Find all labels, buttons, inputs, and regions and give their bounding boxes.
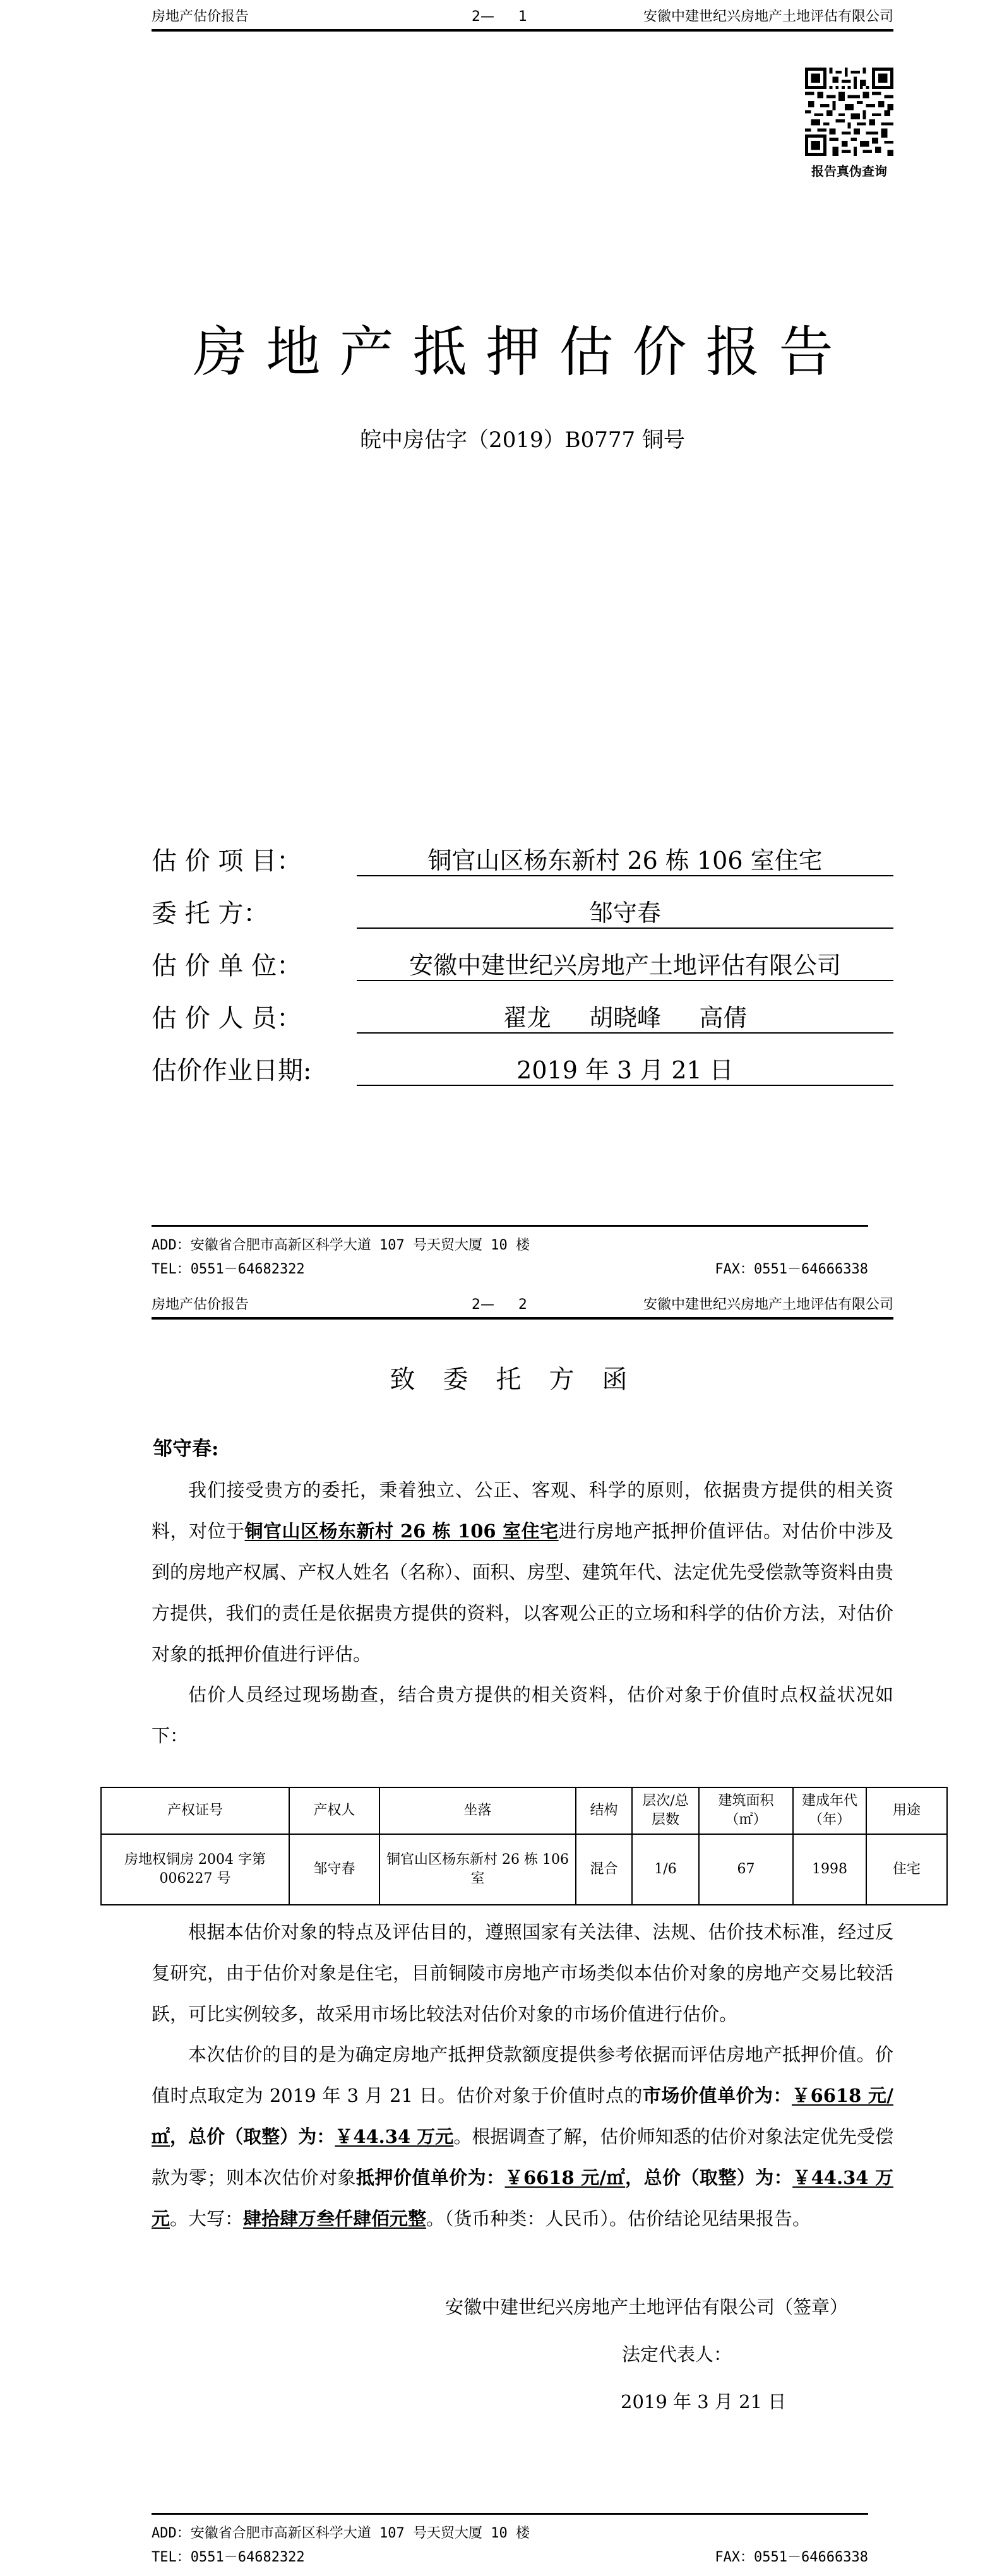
- property-table: 产权证号 产权人 坐落 结构 层次/总层数 建筑面积（㎡） 建成年代（年） 用途…: [100, 1787, 948, 1905]
- cell-owner: 邹守春: [289, 1834, 379, 1905]
- signature-date: 2019 年 3 月 21 日: [621, 2393, 786, 2411]
- footer-tel: TEL：0551－64682322: [152, 1261, 305, 1277]
- col-owner: 产权人: [289, 1787, 379, 1834]
- field-value: 安徽中建世纪兴房地产土地评估有限公司: [357, 953, 893, 981]
- footer-tel: TEL：0551－64682322: [152, 2549, 305, 2565]
- total-label: ，总价（取整）为：: [625, 2167, 792, 2188]
- header-report-type: 房地产估价报告: [152, 10, 249, 24]
- field-appraisers: 估 价 人 员： 翟龙 胡晓峰 高倩: [152, 996, 893, 1034]
- page-prefix: 2—: [472, 9, 494, 25]
- field-appraiser-org: 估 价 单 位： 安徽中建世纪兴房地产土地评估有限公司: [152, 943, 893, 981]
- letter-paragraph-3: 根据本估价对象的特点及评估目的，遵照国家有关法律、法规、估价技术标准，经过反复研…: [152, 1912, 893, 2035]
- header-company: 安徽中建世纪兴房地产土地评估有限公司: [643, 10, 893, 24]
- footer-contact: TEL：0551－64682322 FAX：0551－64666338: [152, 2551, 868, 2565]
- page-num: 2: [518, 1298, 527, 1312]
- field-value: 铜官山区杨东新村 26 栋 106 室住宅: [357, 849, 893, 876]
- field-value: 2019 年 3 月 21 日: [357, 1058, 893, 1086]
- table-row: 房地权铜房 2004 字第 006227 号 邹守春 铜官山区杨东新村 26 栋…: [101, 1834, 947, 1905]
- text: 。大写：: [170, 2208, 243, 2229]
- header-page-number: 2—1: [472, 10, 527, 24]
- field-label: 估 价 项 目：: [152, 849, 328, 874]
- footer-address: ADD：安徽省合肥市高新区科学大道 107 号天贸大厦 10 楼: [152, 2527, 868, 2541]
- header-report-type: 房地产估价报告: [152, 1298, 249, 1312]
- mortgage-unit-price: ￥6618 元/㎡: [505, 2167, 626, 2188]
- field-value: 翟龙 胡晓峰 高倩: [357, 1006, 893, 1034]
- signature-company: 安徽中建世纪兴房地产土地评估有限公司（签章）: [445, 2298, 848, 2317]
- header-company: 安徽中建世纪兴房地产土地评估有限公司: [643, 1298, 893, 1312]
- property-address: 铜官山区杨东新村 26 栋 106 室住宅: [244, 1520, 558, 1542]
- cell-cert-no: 房地权铜房 2004 字第 006227 号: [101, 1834, 289, 1905]
- running-header: 房地产估价报告 2—1 安徽中建世纪兴房地产土地评估有限公司: [152, 0, 893, 32]
- footer-contact: TEL：0551－64682322 FAX：0551－64666338: [152, 1263, 868, 1277]
- header-page-number: 2—2: [472, 1298, 527, 1312]
- text: 。（货币种类：人民币）。估价结论见结果报告。: [426, 2208, 811, 2229]
- page-num: 1: [518, 10, 527, 24]
- letter-paragraph-1: 我们接受贵方的委托，秉着独立、公正、客观、科学的原则，依据贵方提供的相关资料，对…: [152, 1470, 893, 1675]
- footer-address: ADD：安徽省合肥市高新区科学大道 107 号天贸大厦 10 楼: [152, 1239, 868, 1253]
- field-label: 估 价 单 位：: [152, 953, 328, 979]
- salutation: 邹守春:: [153, 1440, 218, 1459]
- mortgage-unit-label: 抵押价值单价为：: [356, 2167, 505, 2188]
- running-header: 房地产估价报告 2—2 安徽中建世纪兴房地产土地评估有限公司: [152, 1288, 893, 1320]
- field-project: 估 价 项 目： 铜官山区杨东新村 26 栋 106 室住宅: [152, 838, 893, 876]
- col-area: 建筑面积（㎡）: [699, 1787, 793, 1834]
- cell-area: 67: [699, 1834, 793, 1905]
- col-year: 建成年代（年）: [793, 1787, 866, 1834]
- footer-fax: FAX：0551－64666338: [715, 2551, 868, 2565]
- page-prefix: 2—: [472, 1297, 494, 1313]
- cell-usage: 住宅: [866, 1834, 947, 1905]
- qr-verify-label: 报告真伪查询: [801, 161, 898, 179]
- field-label: 估 价 人 员：: [152, 1006, 328, 1031]
- signature-legal-rep: 法定代表人：: [622, 2346, 732, 2364]
- footer-fax: FAX：0551－64666338: [715, 1263, 868, 1277]
- col-location: 坐落: [379, 1787, 576, 1834]
- field-label: 委 托 方：: [152, 901, 328, 926]
- field-value: 邹守春: [357, 901, 893, 929]
- field-work-date: 估价作业日期: 2019 年 3 月 21 日: [152, 1048, 893, 1086]
- report-number: 皖中房估字（2019）B0777 铜号: [152, 429, 893, 451]
- footer-divider: [152, 1225, 868, 1227]
- field-label: 估价作业日期:: [152, 1058, 328, 1083]
- amount-in-words: 肆拾肆万叁仟肆佰元整: [243, 2208, 426, 2229]
- cell-structure: 混合: [576, 1834, 632, 1905]
- col-structure: 结构: [576, 1787, 632, 1834]
- text: 进行房地产抵押价值评估。对估价中涉及到的房地产权属、产权人姓名（名称）、面积、房…: [152, 1520, 893, 1665]
- col-cert-no: 产权证号: [101, 1787, 289, 1834]
- letter-paragraph-2: 估价人员经过现场勘查，结合贵方提供的相关资料，估价对象于价值时点权益状况如下：: [152, 1674, 893, 1756]
- col-usage: 用途: [866, 1787, 947, 1834]
- cell-floor: 1/6: [632, 1834, 699, 1905]
- report-title: 房地产抵押估价报告: [152, 325, 893, 379]
- col-floor: 层次/总层数: [632, 1787, 699, 1834]
- footer-divider: [152, 2513, 868, 2515]
- table-header-row: 产权证号 产权人 坐落 结构 层次/总层数 建筑面积（㎡） 建成年代（年） 用途: [101, 1787, 947, 1834]
- market-total-price: ￥44.34 万元: [335, 2126, 453, 2147]
- market-unit-label: 市场价值单价为：: [643, 2085, 792, 2106]
- cell-location: 铜官山区杨东新村 26 栋 106 室: [379, 1834, 576, 1905]
- total-label: ，总价（取整）为：: [170, 2126, 335, 2147]
- letter-title: 致委托方函: [152, 1367, 893, 1392]
- cell-year: 1998: [793, 1834, 866, 1905]
- qr-code-icon[interactable]: [805, 68, 893, 156]
- letter-paragraph-4: 本次估价的目的是为确定房地产抵押贷款额度提供参考依据而评估房地产抵押价值。价值时…: [152, 2034, 893, 2239]
- field-client: 委 托 方： 邹守春: [152, 891, 893, 929]
